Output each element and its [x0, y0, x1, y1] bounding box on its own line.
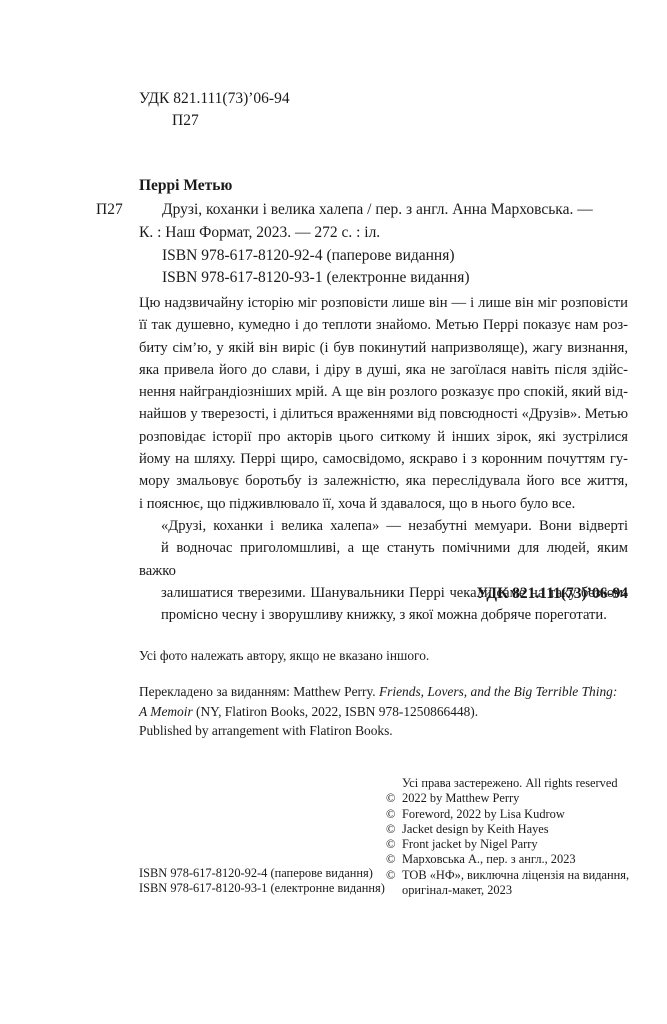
copyright-icon: ©	[386, 822, 395, 837]
rights-item-text: Front jacket by Nigel Parry	[402, 837, 538, 851]
rights-item: ©Front jacket by Nigel Parry	[386, 837, 629, 852]
udk-code-header: УДК 821.111(73)’06-94	[139, 88, 290, 110]
rights-item: ©ТОВ «НФ», виключна ліцензія на видання,	[386, 868, 629, 883]
rights-item: ©Марховська А., пер. з англ., 2023	[386, 852, 629, 867]
abstract-line: розповідає історії про акторів цього сит…	[139, 426, 628, 448]
rights-item: ©Jacket design by Keith Hayes	[386, 822, 629, 837]
abstract-line: яка привела його до слави, і діру в душі…	[139, 359, 628, 381]
original-edition-details: (NY, Flatiron Books, 2022, ISBN 978-1250…	[193, 704, 478, 719]
rights-heading: Усі права застережено. All rights reserv…	[386, 776, 629, 791]
abstract-line: «Друзі, коханки і велика халепа» — незаб…	[139, 515, 628, 537]
author-mark-header: П27	[172, 110, 199, 132]
isbn-footer-electronic: ISBN 978-617-8120-93-1 (електронне видан…	[139, 881, 385, 896]
abstract-line: найшов у тверезості, і ділиться враження…	[139, 403, 628, 425]
rights-item: ©2022 by Matthew Perry	[386, 791, 629, 806]
arrangement-note: Published by arrangement with Flatiron B…	[139, 721, 639, 741]
translation-line-2: A Memoir (NY, Flatiron Books, 2022, ISBN…	[139, 702, 639, 722]
abstract-line: йому на шляху. Перрі щиро, самосвідомо, …	[139, 448, 628, 470]
publication-line: К. : Наш Формат, 2023. — 272 с. : іл.	[139, 222, 380, 244]
rights-item: ©Foreword, 2022 by Lisa Kudrow	[386, 807, 629, 822]
rights-item-text: ТОВ «НФ», виключна ліцензія на видання,	[402, 868, 629, 882]
abstract-paragraph-1: Цю надзвичайну історію міг розповісти ли…	[139, 292, 628, 515]
photo-credit: Усі фото належать автору, якщо не вказан…	[139, 646, 429, 666]
rights-continuation: оригінал-макет, 2023	[386, 883, 629, 898]
rights-block: Усі права застережено. All rights reserv…	[386, 776, 629, 898]
abstract-line: нення найграндіозніших мрій. А ще він ро…	[139, 381, 628, 403]
isbn-electronic: ISBN 978-617-8120-93-1 (електронне видан…	[162, 267, 470, 289]
abstract-line: й водночас приголомшливі, а ще стануть п…	[139, 537, 628, 582]
copyright-icon: ©	[386, 807, 395, 822]
translation-line-1: Перекладено за виданням: Matthew Perry. …	[139, 682, 639, 702]
rights-item-text: Foreword, 2022 by Lisa Kudrow	[402, 807, 565, 821]
copyright-icon: ©	[386, 791, 395, 806]
translation-prefix: Перекладено за виданням: Matthew Perry.	[139, 684, 379, 699]
isbn-paper: ISBN 978-617-8120-92-4 (паперове видання…	[162, 245, 455, 267]
abstract-line: Цю надзвичайну історію міг розповісти ли…	[139, 292, 628, 314]
rights-item-text: Марховська А., пер. з англ., 2023	[402, 852, 576, 866]
rights-item-text: Jacket design by Keith Hayes	[402, 822, 549, 836]
book-title-line: Друзі, коханки і велика халепа / пер. з …	[162, 199, 593, 221]
abstract-line: її так душевно, кумедно і до теплоти зна…	[139, 314, 628, 336]
translation-note: Перекладено за виданням: Matthew Perry. …	[139, 682, 639, 741]
copyright-icon: ©	[386, 868, 395, 883]
abstract-line: промісно чесну і зворушливу книжку, з як…	[139, 604, 628, 626]
author-name: Перрі Метью	[139, 175, 232, 197]
abstract-line: і пояснює, що підживлювало її, хоча й зд…	[139, 493, 628, 515]
abstract-line: мору змальовує боротьбу із залежністю, я…	[139, 470, 628, 492]
abstract-line: биту сім’ю, у якій він виріс (і був поки…	[139, 337, 628, 359]
rights-item-text: 2022 by Matthew Perry	[402, 791, 519, 805]
udk-code-footer: УДК 821.111(73)’06-94	[477, 583, 628, 605]
author-mark: П27	[96, 199, 123, 221]
copyright-icon: ©	[386, 837, 395, 852]
original-title: Friends, Lovers, and the Big Terrible Th…	[379, 684, 617, 699]
copyright-icon: ©	[386, 852, 395, 867]
isbn-footer: ISBN 978-617-8120-92-4 (паперове видання…	[139, 866, 385, 897]
book-abstract: Цю надзвичайну історію міг розповісти ли…	[139, 292, 628, 626]
isbn-footer-paper: ISBN 978-617-8120-92-4 (паперове видання…	[139, 866, 385, 881]
abstract-paragraph-2: «Друзі, коханки і велика халепа» — незаб…	[139, 515, 628, 626]
original-subtitle: A Memoir	[139, 704, 193, 719]
